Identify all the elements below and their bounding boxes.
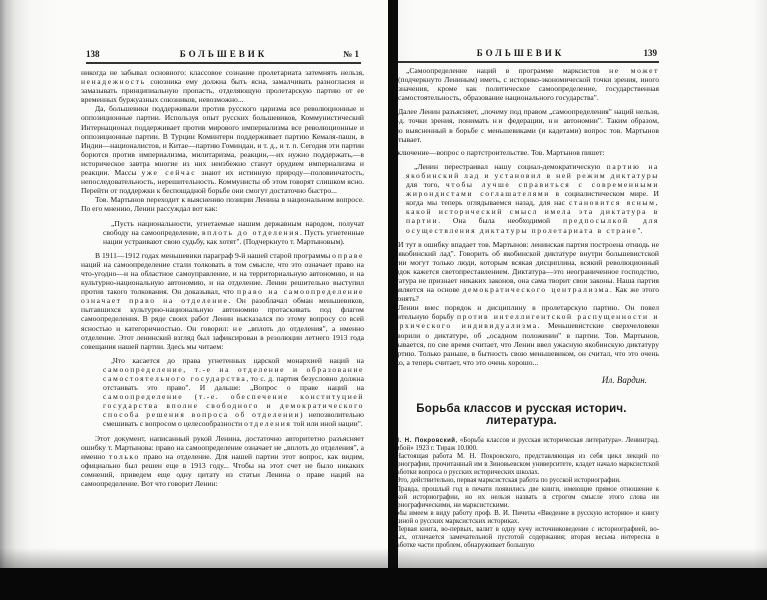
- text-run: „Ленин перестраивал нашу социал-демократ…: [414, 162, 607, 171]
- page-number: 139: [644, 47, 658, 59]
- review-author: М. Н. Покровский: [398, 438, 455, 444]
- emphasized-text: не: [233, 324, 244, 333]
- review-paragraph: Первая книга, во-первых, валит в одну ку…: [398, 526, 659, 550]
- scan-bottom-edge: [0, 568, 767, 600]
- emphasized-text: не может: [609, 66, 659, 75]
- paragraph: И тут в ошибку впадает тов. Мартынов: ле…: [398, 240, 659, 304]
- book-spine: [388, 0, 398, 600]
- left-page: 138 БОЛЬШЕВИК № 1 никогда не забывал осн…: [0, 0, 388, 568]
- block-quote: „Самоопределение наций в программе маркс…: [398, 66, 659, 102]
- journal-title: БОЛЬШЕВИК: [398, 47, 659, 59]
- paragraph: Этот документ, написанный рукой Ленина, …: [81, 434, 364, 489]
- text-run: В заключение—вопрос о партстроительстве.…: [398, 148, 605, 157]
- emphasized-text: вплоть до отделения: [202, 228, 300, 237]
- emphasized-text: демократического централизма: [463, 285, 610, 294]
- text-run: Да, большевики поддерживали против русск…: [81, 104, 364, 177]
- running-head-right: № 1 БОЛЬШЕВИК 139: [398, 47, 659, 63]
- text-run: той или иной нации".: [292, 419, 363, 428]
- paragraph: Да, большевики поддерживали против русск…: [81, 104, 364, 195]
- review-bibliography: М. Н. Покровский, «Борьба классов и русс…: [398, 437, 659, 453]
- text-run: федерации,: [504, 116, 548, 125]
- review-paragraph: Мы имеем в виду работу проф. В. И. Пичет…: [398, 510, 659, 526]
- paragraph: Тов. Мартынов переходит к выяснению пози…: [81, 195, 364, 213]
- emphasized-text: отделения: [244, 419, 291, 428]
- emphasized-text: ни: [493, 116, 504, 125]
- article-signature: Ил. Вардин.: [398, 375, 647, 385]
- text-run: (подчеркнуто Лениным) иметь, с историко-…: [398, 75, 659, 102]
- review-paragraph: Настоящая работа М. Н. Покровского, пред…: [398, 453, 659, 477]
- review-title: Борьба классов и русская историч. литера…: [398, 403, 659, 427]
- paragraph: Далее Ленин разъясняет, „почему под прав…: [398, 107, 659, 143]
- text-run: никогда не забывал основного: классовое …: [81, 68, 364, 77]
- emphasized-text: только: [109, 452, 140, 461]
- issue-number: № 1: [343, 48, 359, 60]
- emphasized-text: ни: [548, 116, 559, 125]
- text-run: Тов. Мартынов переходит к выяснению пози…: [81, 195, 364, 213]
- left-page-body: никогда не забывал основного: классовое …: [81, 68, 364, 488]
- block-quote: „Что касается до права угнетенных царско…: [103, 356, 364, 429]
- emphasized-text: уже сейчас: [142, 168, 197, 177]
- text-run: . Она была необходимой: [438, 216, 563, 225]
- journal-title: БОЛЬШЕВИК: [86, 48, 361, 60]
- text-run: „Что касается до права угнетенных царско…: [111, 356, 364, 365]
- review-section: Ил. Вардин. Борьба классов и русская ист…: [398, 367, 659, 550]
- review-body: М. Н. Покровский, «Борьба классов и русс…: [398, 437, 659, 550]
- block-quote: „Пусть национальности, угнетаемые нашим …: [103, 219, 364, 246]
- right-page: № 1 БОЛЬШЕВИК 139 „Самоопределение наций…: [398, 0, 767, 568]
- review-paragraph: Правда, прошлый год в печати появились д…: [398, 486, 659, 510]
- text-run: „Самоопределение наций в программе маркс…: [406, 66, 609, 75]
- emphasized-text: праве: [338, 251, 364, 260]
- paragraph: Ленин внес порядок и дисциплину в пролет…: [398, 303, 659, 367]
- review-paragraph: Это, действительно, первая марксистская …: [398, 477, 659, 485]
- right-page-body: „Самоопределение наций в программе маркс…: [398, 66, 659, 367]
- emphasized-text: ненадежность: [81, 77, 146, 86]
- block-quote: „Ленин перестраивал нашу социал-демократ…: [406, 162, 659, 235]
- paragraph: В заключение—вопрос о партстроительстве.…: [398, 148, 659, 157]
- text-run: ".: [637, 226, 642, 235]
- paragraph: никогда не забывал основного: классовое …: [81, 68, 364, 104]
- running-head-left: 138 БОЛЬШЕВИК № 1: [86, 48, 361, 64]
- text-run: для того,: [406, 180, 446, 189]
- paragraph: В 1911—1912 годах меньшевики параграф 9-…: [81, 251, 364, 351]
- text-run: В 1911—1912 годах меньшевики параграф 9-…: [95, 251, 338, 260]
